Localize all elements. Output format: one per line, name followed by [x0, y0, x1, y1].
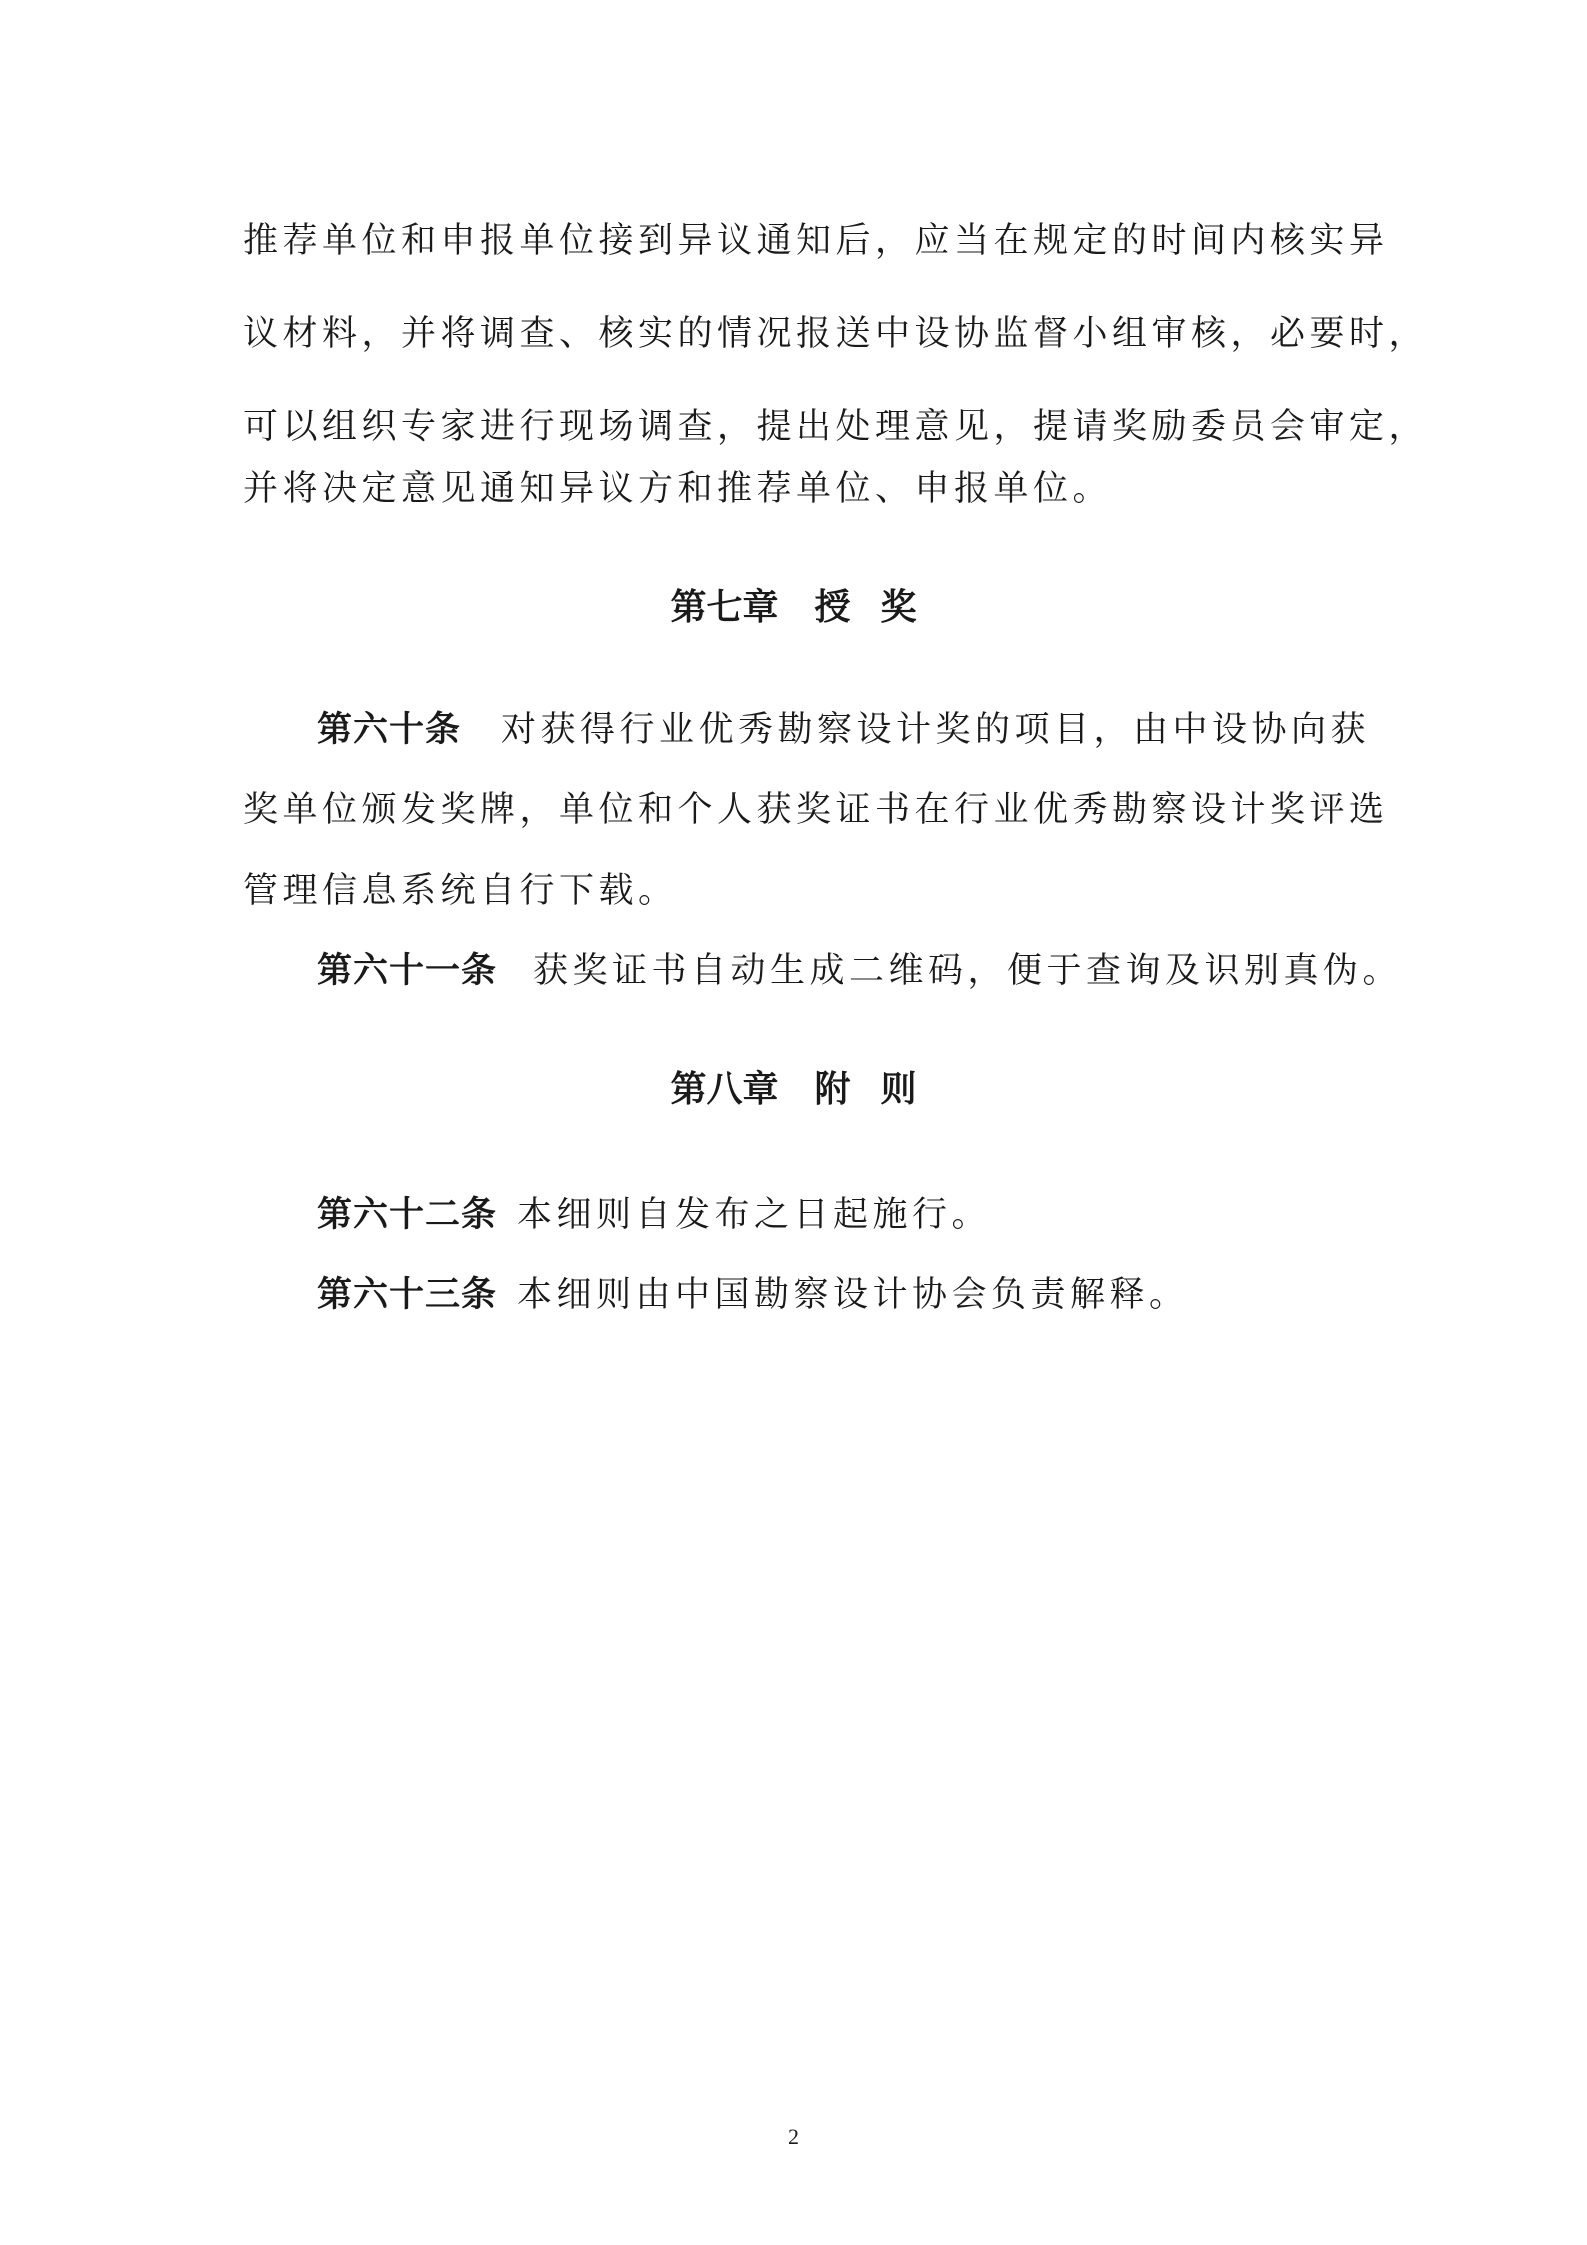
article-text: 本细则由中国勘察设计协会负责解释。 — [517, 1275, 1189, 1315]
chapter-title-char: 则 — [881, 1069, 917, 1110]
article-60: 第六十条对获得行业优秀勘察设计奖的项目，由中设协向获 — [317, 708, 1363, 752]
chapter-heading-8: 第八章附则 — [0, 1068, 1587, 1112]
chapter-title-char: 授 — [814, 587, 850, 628]
chapter-number: 第七章 — [670, 587, 778, 628]
article-line: 管理信息系统自行下载。 — [243, 869, 1363, 913]
article-line: 奖单位颁发奖牌，单位和个人获奖证书在行业优秀勘察设计奖评选 — [243, 788, 1363, 832]
article-text: 获奖证书自动生成二维码，便于查询及识别真伪。 — [533, 951, 1402, 991]
paragraph-line: 推荐单位和申报单位接到异议通知后，应当在规定的时间内核实异 — [243, 219, 1363, 263]
article-61: 第六十一条获奖证书自动生成二维码，便于查询及识别真伪。 — [317, 949, 1377, 993]
paragraph-line: 并将决定意见通知异议方和推荐单位、申报单位。 — [243, 467, 1363, 511]
chapter-title-char: 奖 — [881, 587, 917, 628]
article-text: 对获得行业优秀勘察设计奖的项目，由中设协向获 — [501, 710, 1370, 750]
article-62: 第六十二条本细则自发布之日起施行。 — [317, 1193, 1437, 1237]
page-number: 2 — [0, 2124, 1587, 2150]
article-label: 第六十三条 — [317, 1275, 497, 1315]
article-text: 本细则自发布之日起施行。 — [517, 1195, 991, 1235]
paragraph-line: 可以组织专家进行现场调查，提出处理意见，提请奖励委员会审定， — [243, 405, 1363, 449]
article-label: 第六十条 — [317, 710, 461, 750]
chapter-title-char: 附 — [814, 1069, 850, 1110]
document-page: 推荐单位和申报单位接到异议通知后，应当在规定的时间内核实异 议材料，并将调查、核… — [0, 0, 1587, 2245]
article-label: 第六十一条 — [317, 951, 497, 991]
chapter-heading-7: 第七章授奖 — [0, 586, 1587, 630]
paragraph-line: 议材料，并将调查、核实的情况报送中设协监督小组审核，必要时， — [243, 312, 1363, 356]
chapter-number: 第八章 — [670, 1069, 778, 1110]
article-label: 第六十二条 — [317, 1195, 497, 1235]
article-63: 第六十三条本细则由中国勘察设计协会负责解释。 — [317, 1273, 1437, 1317]
